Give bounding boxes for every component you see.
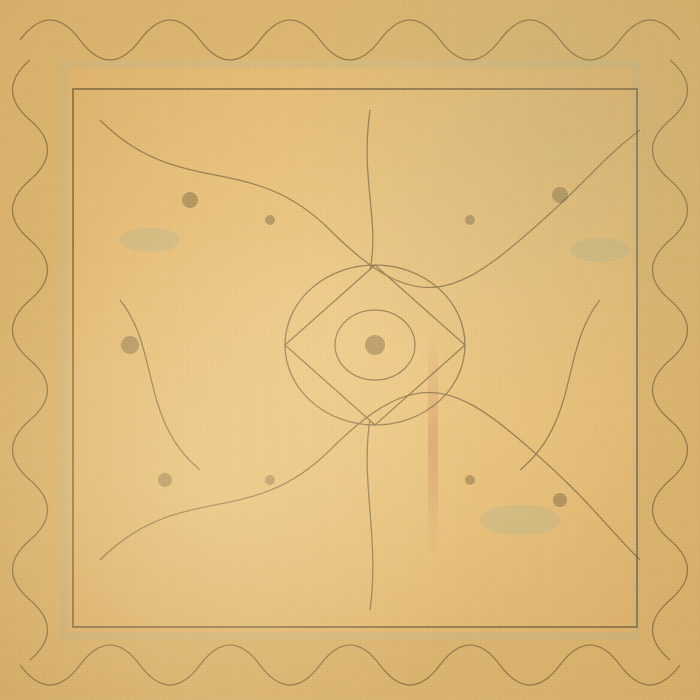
rug-photo xyxy=(0,0,700,700)
floral-motifs xyxy=(0,0,700,700)
